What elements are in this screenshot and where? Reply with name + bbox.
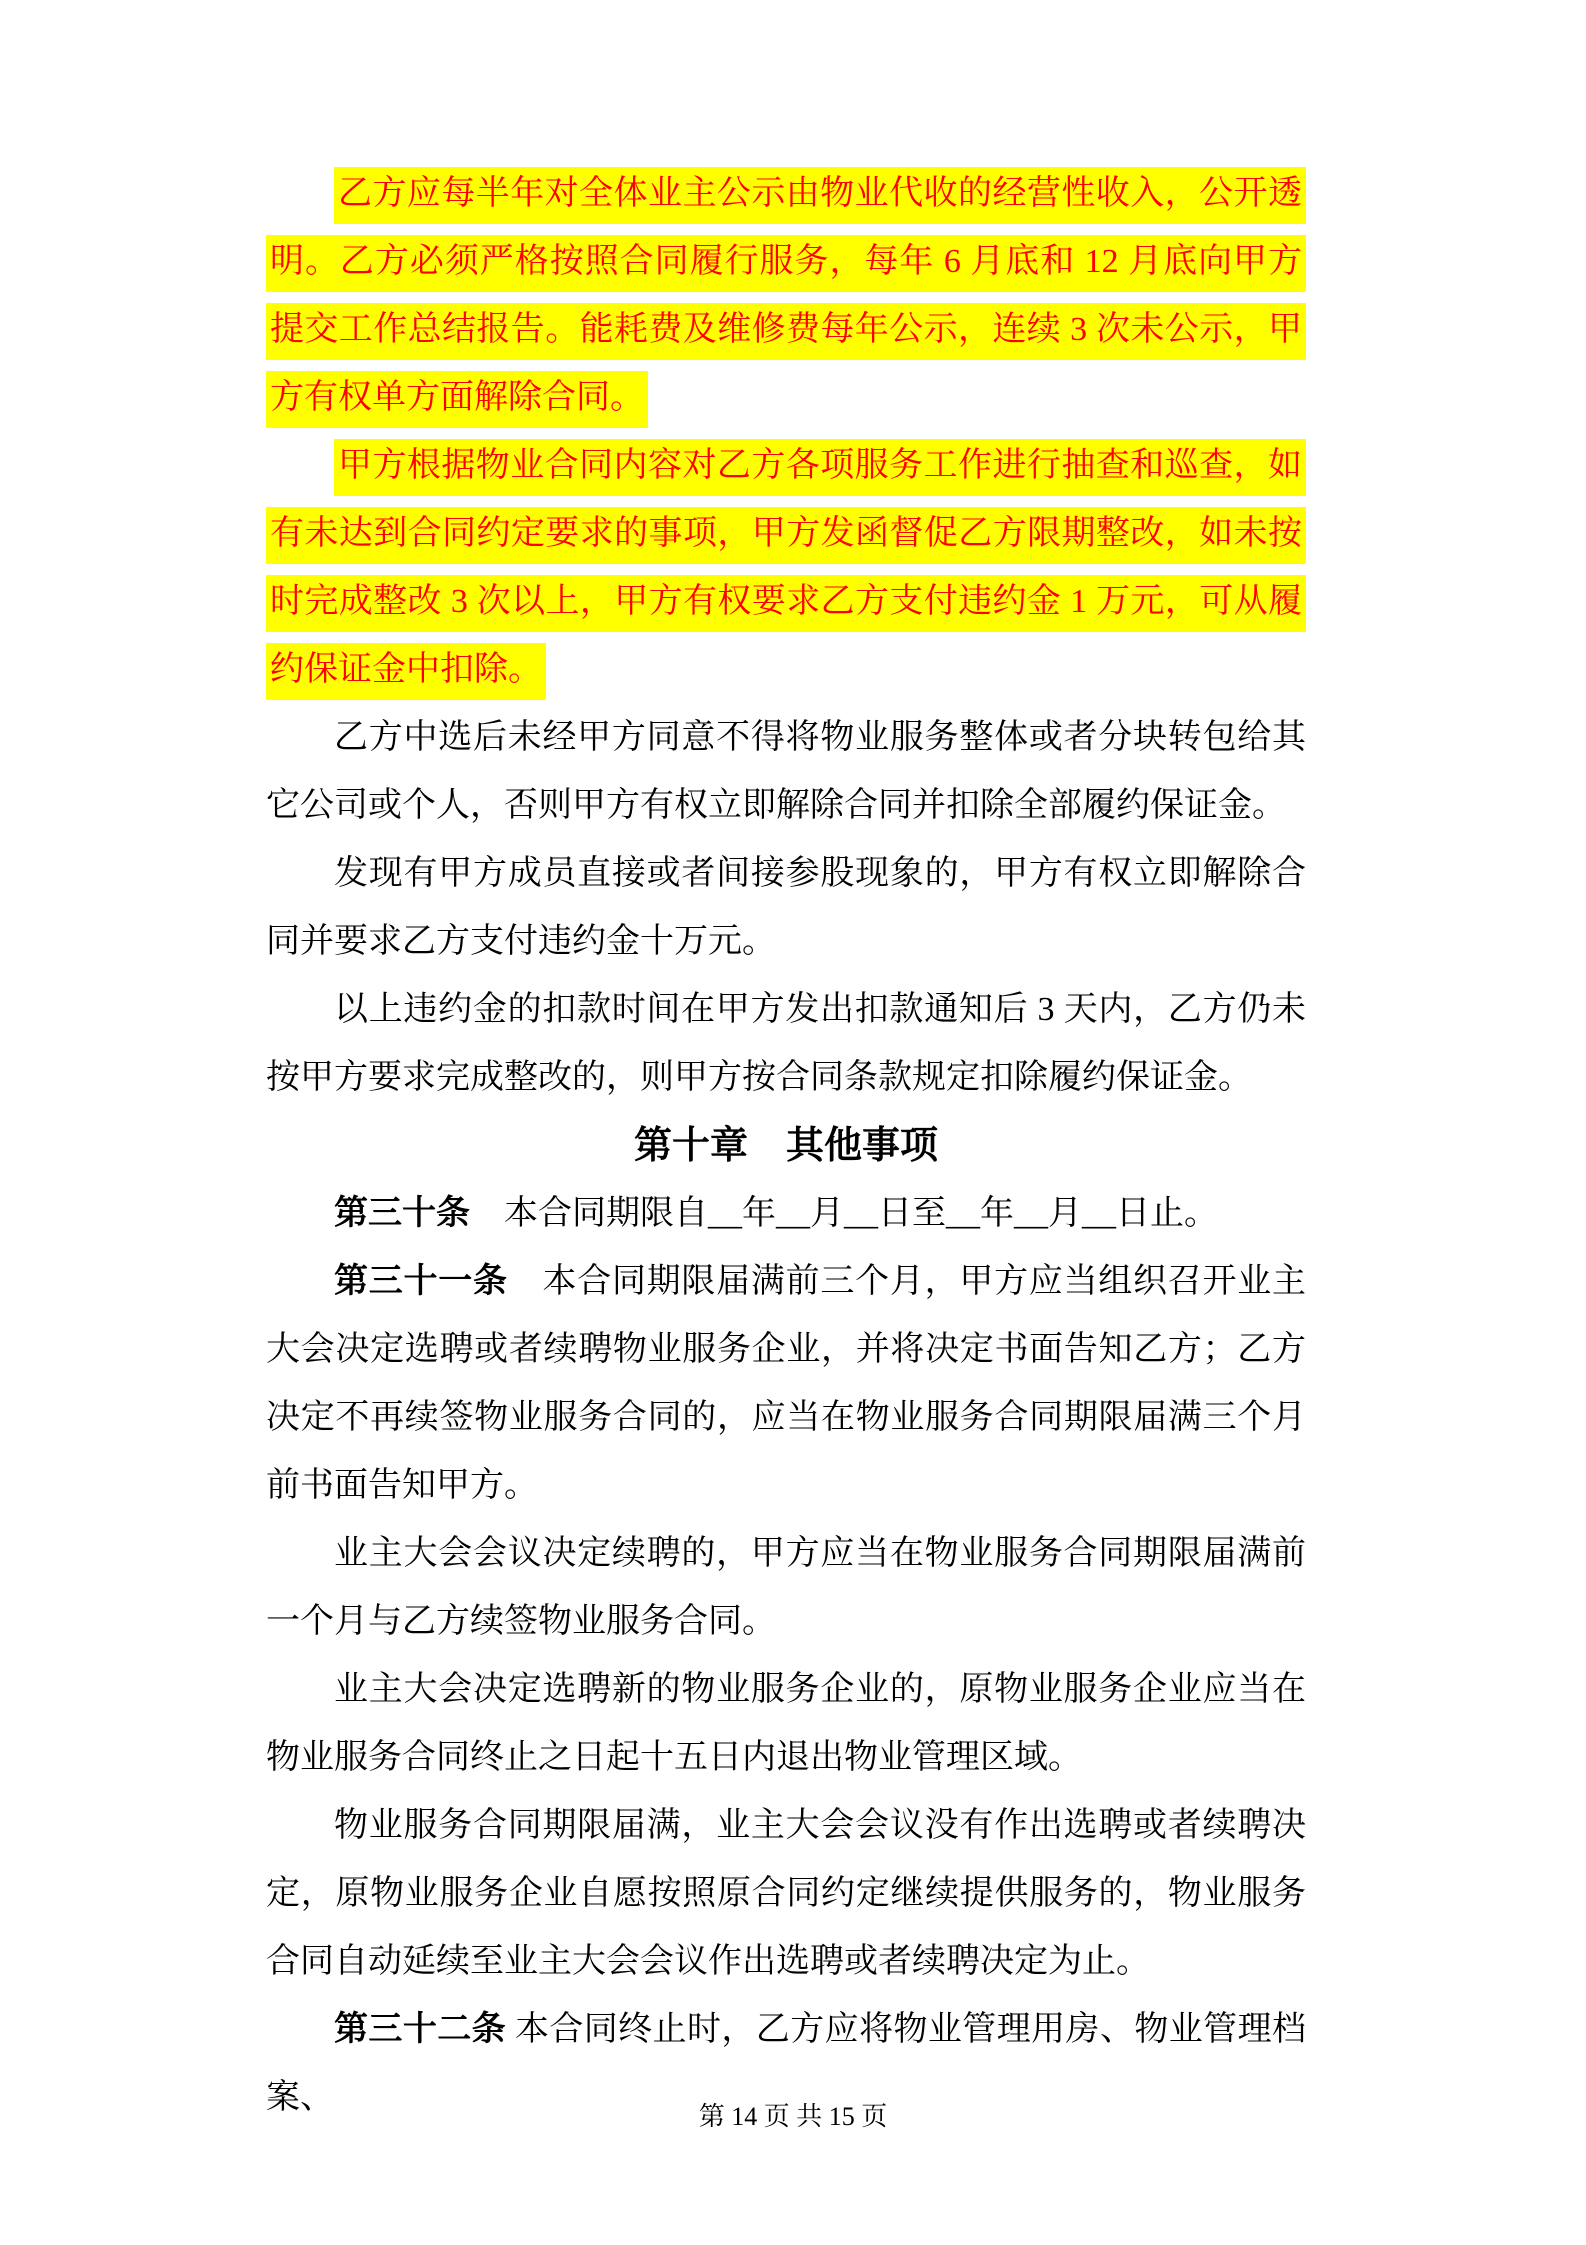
- highlight-mark: 甲方根据物业合同内容对乙方各项服务工作进行抽查和巡查，如有未达到合同约定要求的事…: [266, 439, 1306, 700]
- page-number-footer: 第 14 页 共 15 页: [0, 2096, 1586, 2133]
- highlight-mark: 乙方应每半年对全体业主公示由物业代收的经营性收入，公开透明。乙方必须严格按照合同…: [266, 167, 1306, 428]
- highlighted-paragraph-inspection: 甲方根据物业合同内容对乙方各项服务工作进行抽查和巡查，如有未达到合同约定要求的事…: [266, 432, 1306, 704]
- clause-30: 第三十条 本合同期限自__年__月__日至__年__月__日止。: [266, 1180, 1306, 1248]
- chapter-heading: 第十章 其他事项: [266, 1112, 1306, 1180]
- clause-32-label: 第三十二条: [334, 2011, 506, 2048]
- paragraph-shareholding: 发现有甲方成员直接或者间接参股现象的，甲方有权立即解除合同并要求乙方支付违约金十…: [266, 840, 1306, 976]
- clause-30-text: 本合同期限自__年__月__日至__年__月__日止。: [470, 1195, 1218, 1232]
- clause-31-label: 第三十一条: [334, 1263, 508, 1300]
- paragraph-new-company: 业主大会决定选聘新的物业服务企业的，原物业服务企业应当在物业服务合同终止之日起十…: [266, 1656, 1306, 1792]
- document-page: 乙方应每半年对全体业主公示由物业代收的经营性收入，公开透明。乙方必须严格按照合同…: [0, 0, 1586, 2245]
- paragraph-renewal: 业主大会会议决定续聘的，甲方应当在物业服务合同期限届满前一个月与乙方续签物业服务…: [266, 1520, 1306, 1656]
- clause-31: 第三十一条 本合同期限届满前三个月，甲方应当组织召开业主大会决定选聘或者续聘物业…: [266, 1248, 1306, 1520]
- paragraph-auto-extension: 物业服务合同期限届满，业主大会会议没有作出选聘或者续聘决定，原物业服务企业自愿按…: [266, 1792, 1306, 1996]
- page-content: 乙方应每半年对全体业主公示由物业代收的经营性收入，公开透明。乙方必须严格按照合同…: [266, 160, 1306, 2132]
- paragraph-no-subcontract: 乙方中选后未经甲方同意不得将物业服务整体或者分块转包给其它公司或个人，否则甲方有…: [266, 704, 1306, 840]
- paragraph-deduction-time: 以上违约金的扣款时间在甲方发出扣款通知后 3 天内，乙方仍未按甲方要求完成整改的…: [266, 976, 1306, 1112]
- highlighted-paragraph-disclosure: 乙方应每半年对全体业主公示由物业代收的经营性收入，公开透明。乙方必须严格按照合同…: [266, 160, 1306, 432]
- clause-30-label: 第三十条: [334, 1195, 470, 1232]
